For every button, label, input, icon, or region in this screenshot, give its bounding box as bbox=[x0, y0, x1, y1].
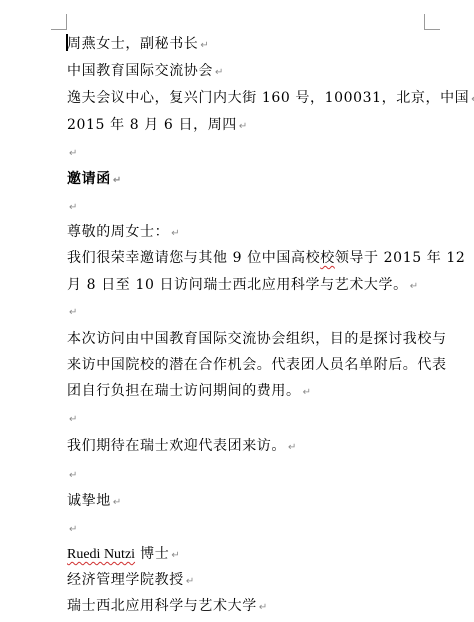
paragraph-mark-icon: ↵ bbox=[200, 40, 209, 51]
empty-paragraph[interactable]: ↵ bbox=[67, 143, 78, 163]
title-line[interactable]: 邀请函↵ bbox=[67, 170, 122, 190]
paragraph2-text: 本次访问由中国教育国际交流协会组织，目的是探讨我校与 bbox=[67, 331, 447, 347]
letter-title: 邀请函 bbox=[67, 171, 111, 187]
recipient-name-line[interactable]: 周燕女士，副秘书长↵ bbox=[67, 35, 209, 55]
signature-position-line[interactable]: 经济管理学院教授↵ bbox=[67, 571, 195, 591]
paragraph1-text: 我们很荣幸邀请您与其他 9 位中国高校 bbox=[67, 250, 320, 266]
paragraph-mark-icon: ↵ bbox=[113, 497, 122, 508]
paragraph-mark-icon: ↵ bbox=[288, 442, 297, 453]
paragraph2-text: 来访中国院校的潜在合作机会。代表团人员名单附后。代表 bbox=[67, 357, 447, 373]
paragraph2-text: 团自行负担在瑞士访问期间的费用。 bbox=[67, 383, 301, 399]
signature-institution: 瑞士西北应用科学与艺术大学 bbox=[67, 598, 257, 614]
paragraph1-text: 领导于 2015 年 12 bbox=[335, 250, 466, 266]
signature-name-line[interactable]: Ruedi Nutzi 博士↵ bbox=[67, 545, 180, 565]
empty-paragraph[interactable]: ↵ bbox=[67, 302, 78, 322]
paragraph1-text: 月 8 日至 10 日访问瑞士西北应用科学与艺术大学。 bbox=[67, 277, 408, 293]
paragraph-mark-icon: ↵ bbox=[259, 602, 268, 613]
paragraph2-line2[interactable]: 来访中国院校的潜在合作机会。代表团人员名单附后。代表 bbox=[67, 356, 447, 374]
paragraph-mark-icon: ↵ bbox=[171, 550, 180, 561]
empty-paragraph[interactable]: ↵ bbox=[67, 465, 78, 485]
paragraph-mark-icon: ↵ bbox=[69, 307, 78, 318]
empty-paragraph[interactable]: ↵ bbox=[67, 409, 78, 429]
closing-line[interactable]: 诚挚地↵ bbox=[67, 492, 122, 512]
paragraph-mark-icon: ↵ bbox=[69, 524, 78, 535]
recipient-organization: 中国教育国际交流协会 bbox=[67, 63, 213, 79]
paragraph1-line2[interactable]: 月 8 日至 10 日访问瑞士西北应用科学与艺术大学。↵ bbox=[67, 276, 419, 296]
paragraph-mark-icon: ↵ bbox=[186, 576, 195, 587]
signature-position: 经济管理学院教授 bbox=[67, 572, 184, 588]
paragraph-mark-icon: ↵ bbox=[171, 228, 180, 239]
paragraph-mark-icon: ↵ bbox=[215, 67, 224, 78]
paragraph-mark-icon: ↵ bbox=[113, 175, 122, 186]
recipient-address: 逸夫会议中心，复兴门内大街 160 号，100031，北京，中国 bbox=[67, 90, 469, 106]
salutation-line[interactable]: 尊敬的周女士：↵ bbox=[67, 223, 180, 243]
margin-corner-top-left bbox=[51, 14, 67, 30]
paragraph3-text: 我们期待在瑞士欢迎代表团来访。 bbox=[67, 438, 286, 454]
paragraph-mark-icon: ↵ bbox=[239, 121, 248, 132]
recipient-address-line[interactable]: 逸夫会议中心，复兴门内大街 160 号，100031，北京，中国↵ bbox=[67, 89, 474, 109]
letter-date: 2015 年 8 月 6 日，周四 bbox=[67, 117, 237, 133]
paragraph2-line3[interactable]: 团自行负担在瑞士访问期间的费用。↵ bbox=[67, 382, 312, 402]
empty-paragraph[interactable]: ↵ bbox=[67, 519, 78, 539]
signature-name[interactable]: Ruedi Nutzi bbox=[67, 547, 135, 562]
paragraph3-line[interactable]: 我们期待在瑞士欢迎代表团来访。↵ bbox=[67, 437, 297, 457]
paragraph-mark-icon: ↵ bbox=[410, 281, 419, 292]
paragraph-mark-icon: ↵ bbox=[69, 202, 78, 213]
paragraph-mark-icon: ↵ bbox=[69, 470, 78, 481]
margin-corner-top-right bbox=[424, 14, 440, 30]
recipient-org-line[interactable]: 中国教育国际交流协会↵ bbox=[67, 62, 224, 82]
salutation: 尊敬的周女士： bbox=[67, 224, 169, 240]
paragraph1-line1[interactable]: 我们很荣幸邀请您与其他 9 位中国高校校领导于 2015 年 12 bbox=[67, 249, 465, 267]
closing: 诚挚地 bbox=[67, 493, 111, 509]
empty-paragraph[interactable]: ↵ bbox=[67, 197, 78, 217]
paragraph-mark-icon: ↵ bbox=[69, 414, 78, 425]
signature-institution-line[interactable]: 瑞士西北应用科学与艺术大学↵ bbox=[67, 597, 268, 617]
paragraph-mark-icon: ↵ bbox=[303, 387, 312, 398]
spelling-error[interactable]: 校 bbox=[320, 250, 335, 266]
paragraph2-line1[interactable]: 本次访问由中国教育国际交流协会组织，目的是探讨我校与 bbox=[67, 330, 447, 348]
paragraph-mark-icon: ↵ bbox=[69, 148, 78, 159]
signature-honorific: 博士 bbox=[135, 546, 169, 562]
date-line[interactable]: 2015 年 8 月 6 日，周四↵ bbox=[67, 116, 248, 136]
recipient-name: 周燕女士，副秘书长 bbox=[67, 36, 198, 52]
